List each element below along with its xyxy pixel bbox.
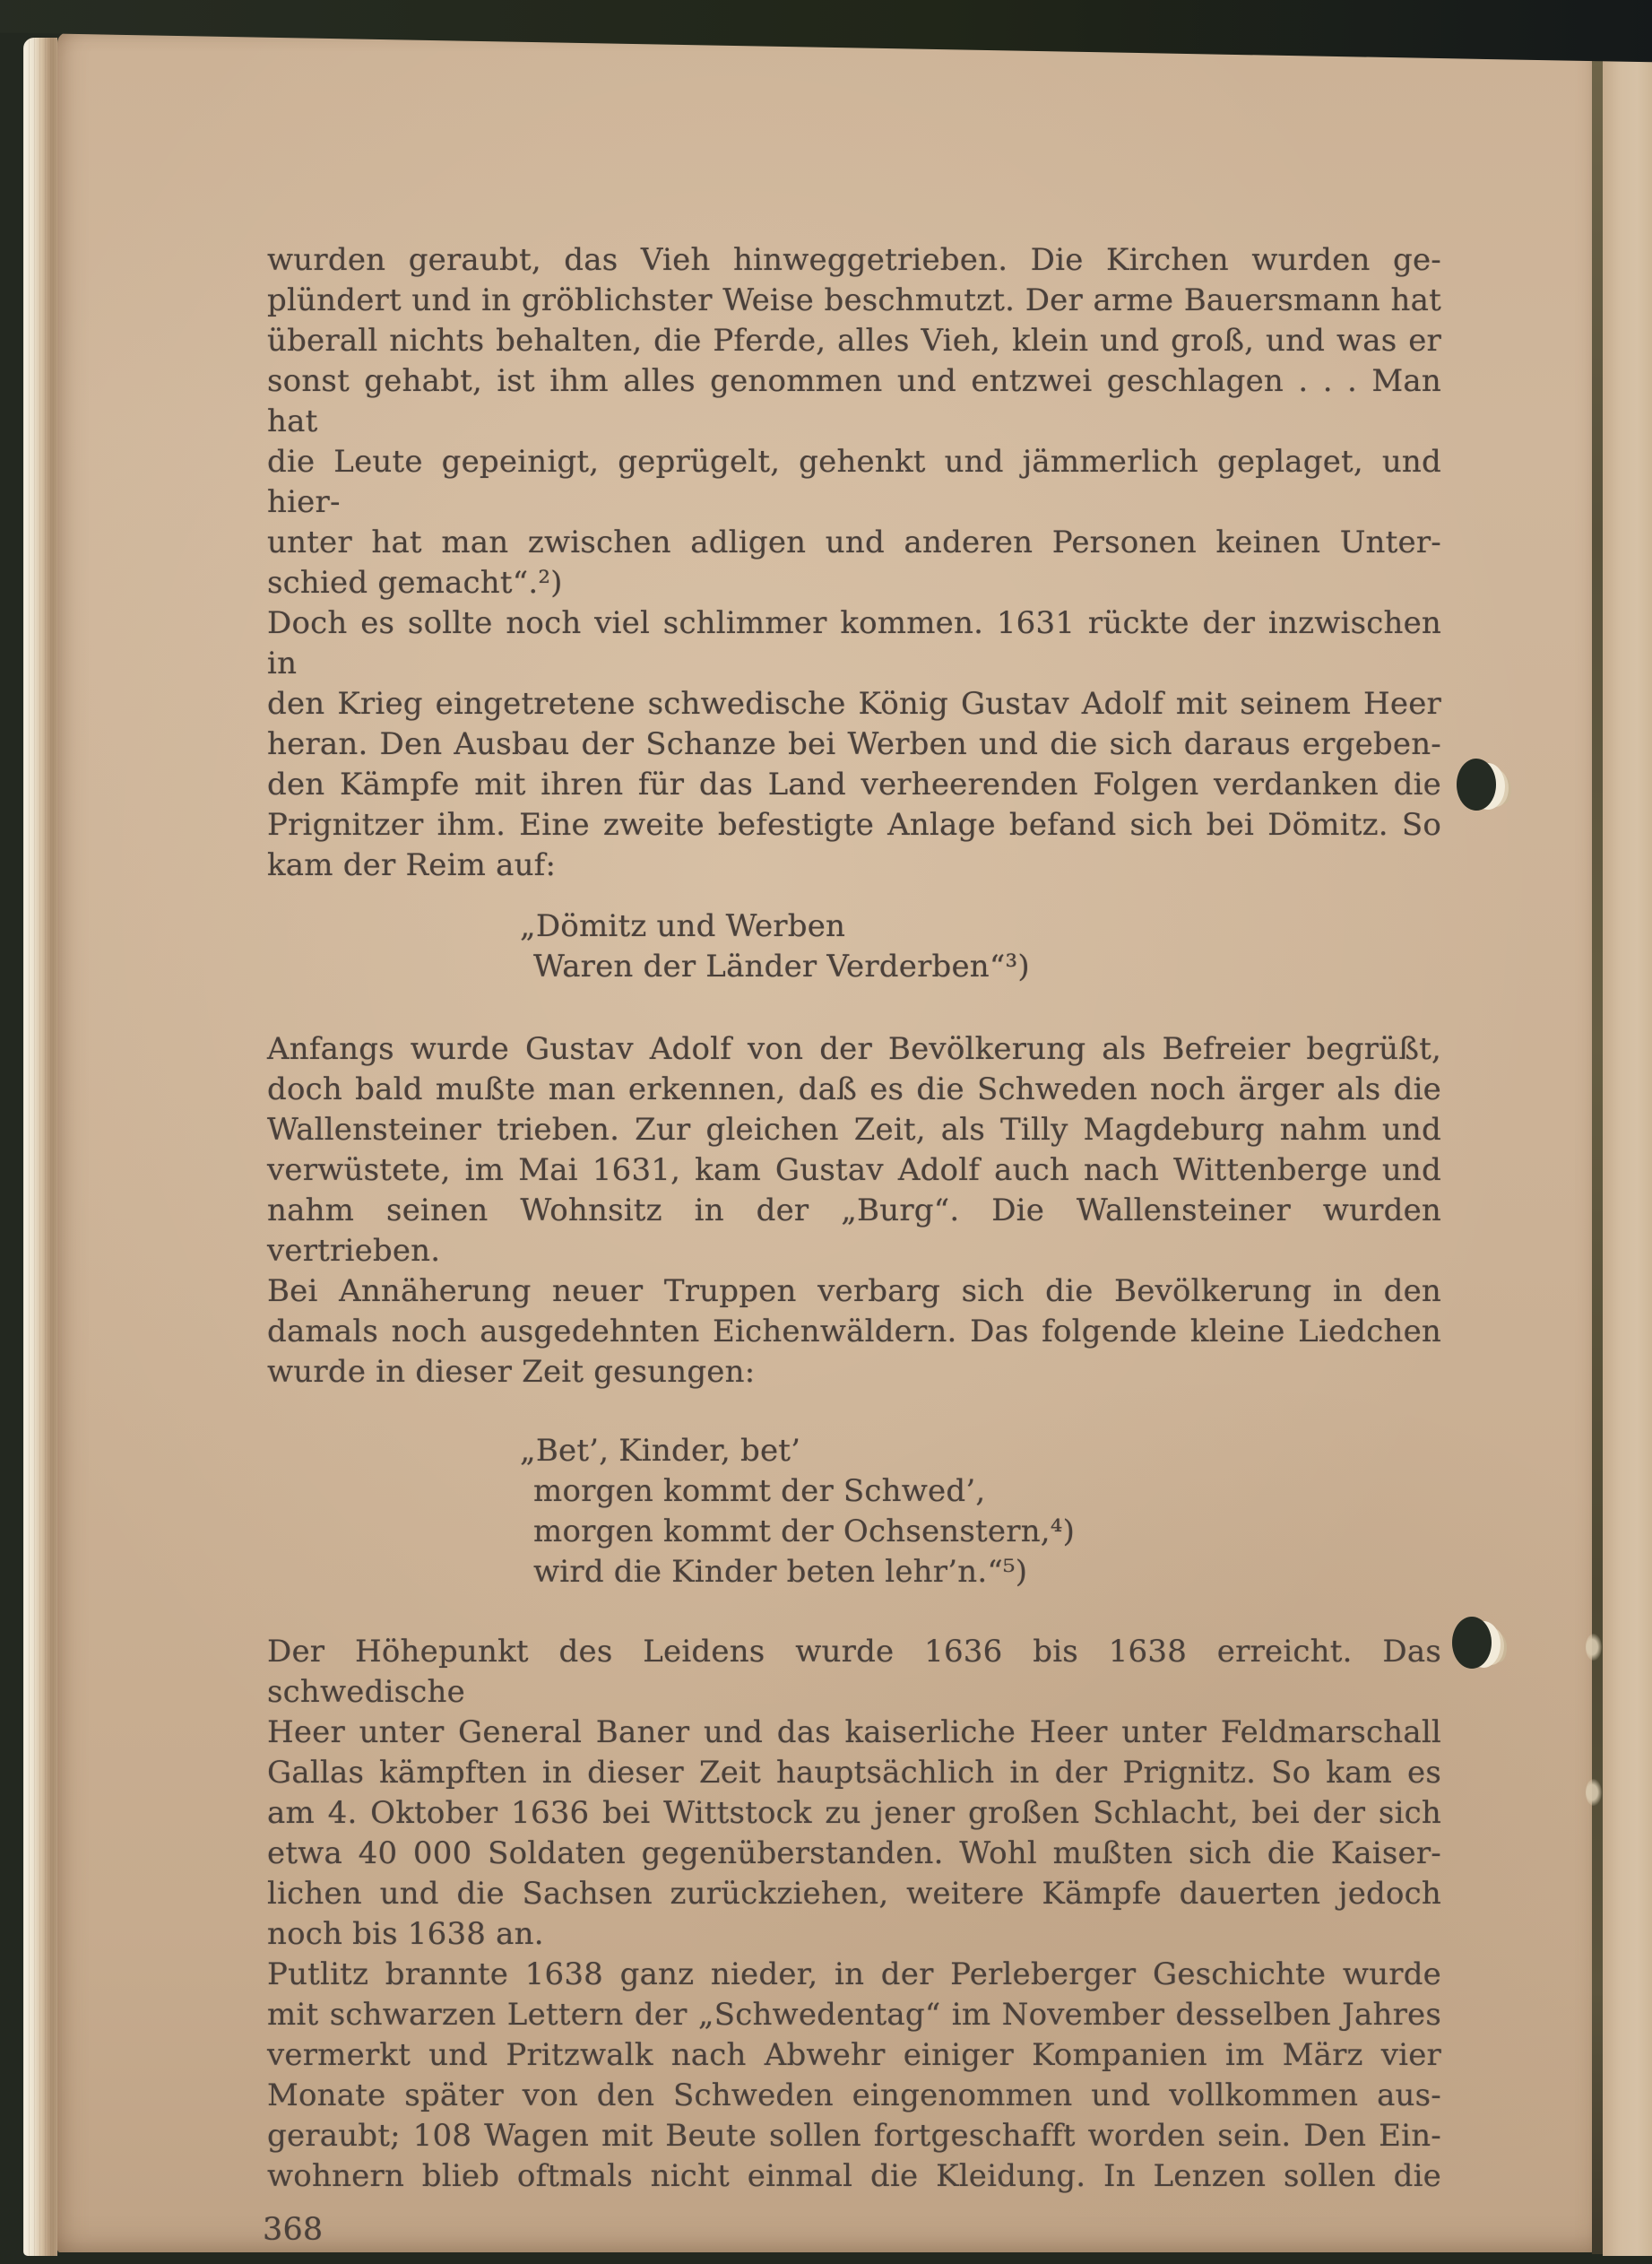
scanned-book-spread: { "document": { "kind": "scanned book pa… (0, 0, 1652, 2264)
text-line: Der Höhepunkt des Leidens wurde 1636 bis… (267, 1632, 1441, 1713)
text-line: Anfangs wurde Gustav Adolf von der Bevöl… (267, 1029, 1441, 1070)
text-line: noch bis 1638 an. (267, 1914, 1441, 1955)
page-gutter-shadow (1592, 52, 1603, 2254)
verse-quote: „Dömitz und WerbenWaren der Länder Verde… (533, 906, 1441, 987)
text-line: Gallas kämpften in dieser Zeit hauptsäch… (267, 1753, 1441, 1793)
text-line: Heer unter General Baner und das kaiserl… (267, 1713, 1441, 1753)
text-line: morgen kommt der Ochsenstern,⁴) (533, 1512, 1441, 1552)
text-line: Prignitzer ihm. Eine zweite befestigte A… (267, 805, 1441, 846)
text-line: wurden geraubt, das Vieh hinweggetrieben… (267, 240, 1441, 281)
text-line: den Krieg eingetretene schwedische König… (267, 684, 1441, 724)
text-line: sonst gehabt, ist ihm alles genommen und… (267, 361, 1441, 442)
page-text-block: wurden geraubt, das Vieh hinweggetrieben… (267, 240, 1441, 2251)
text-line: kam der Reim auf: (267, 846, 1441, 886)
text-line: unter hat man zwischen adligen und ander… (267, 523, 1441, 563)
underlying-page-edge (1603, 54, 1652, 2256)
text-line: Waren der Länder Verderben“³) (533, 947, 1441, 987)
page-stack-edge-lines (23, 38, 57, 2256)
text-line: wohnern blieb oftmals nicht einmal die K… (267, 2156, 1441, 2197)
text-line: Bei Annäherung neuer Truppen verbarg sic… (267, 1271, 1441, 1312)
text-line: „Bet’, Kinder, bet’ (533, 1431, 1441, 1471)
text-line: Monate später von den Schweden eingenomm… (267, 2076, 1441, 2116)
binder-hole (1457, 759, 1496, 811)
paragraph: Doch es sollte noch viel schlimmer komme… (267, 603, 1441, 886)
text-line: doch bald mußte man erkennen, daß es die… (267, 1070, 1441, 1110)
text-line: geraubt; 108 Wagen mit Beute sollen fort… (267, 2116, 1441, 2156)
text-line: wurde in dieser Zeit gesungen: (267, 1352, 1441, 1392)
text-line: Doch es sollte noch viel schlimmer komme… (267, 603, 1441, 684)
binding-stitch (1586, 1779, 1602, 1806)
page-stack-edge (23, 38, 57, 2256)
text-line: den Kämpfe mit ihren für das Land verhee… (267, 765, 1441, 805)
text-line: etwa 40 000 Soldaten gegenüberstanden. W… (267, 1834, 1441, 1874)
text-line: „Dömitz und Werben (533, 906, 1441, 947)
text-line: Wallensteiner trieben. Zur gleichen Zeit… (267, 1110, 1441, 1150)
verse-quote: „Bet’, Kinder, bet’morgen kommt der Schw… (533, 1431, 1441, 1592)
text-line: Putlitz brannte 1638 ganz nieder, in der… (267, 1955, 1441, 1995)
paragraph: Anfangs wurde Gustav Adolf von der Bevöl… (267, 1029, 1441, 1392)
text-line: lichen und die Sachsen zurückziehen, wei… (267, 1874, 1441, 1914)
binder-hole (1452, 1617, 1492, 1669)
binding-stitch (1586, 1634, 1602, 1661)
page-number: 368 (263, 2210, 1441, 2251)
text-line: schied gemacht“.²) (267, 563, 1441, 603)
paragraph: Putlitz brannte 1638 ganz nieder, in der… (267, 1955, 1441, 2197)
paragraph: wurden geraubt, das Vieh hinweggetrieben… (267, 240, 1441, 603)
text-line: damals noch ausgedehnten Eichenwäldern. … (267, 1312, 1441, 1352)
text-line: die Leute gepeinigt, geprügelt, gehenkt … (267, 442, 1441, 523)
text-line: am 4. Oktober 1636 bei Wittstock zu jene… (267, 1793, 1441, 1834)
text-line: verwüstete, im Mai 1631, kam Gustav Adol… (267, 1150, 1441, 1191)
text-line: überall nichts behalten, die Pferde, all… (267, 321, 1441, 361)
text-line: vermerkt und Pritzwalk nach Abwehr einig… (267, 2035, 1441, 2076)
text-line: heran. Den Ausbau der Schanze bei Werben… (267, 724, 1441, 765)
book-page: wurden geraubt, das Vieh hinweggetrieben… (57, 32, 1594, 2252)
text-line: mit schwarzen Lettern der „Schwedentag“ … (267, 1995, 1441, 2035)
text-line: wird die Kinder beten lehr’n.“⁵) (533, 1552, 1441, 1592)
text-line: nahm seinen Wohnsitz in der „Burg“. Die … (267, 1191, 1441, 1271)
text-line: plündert und in gröblichster Weise besch… (267, 281, 1441, 321)
text-line: morgen kommt der Schwed’, (533, 1471, 1441, 1512)
paragraph: Der Höhepunkt des Leidens wurde 1636 bis… (267, 1632, 1441, 1955)
